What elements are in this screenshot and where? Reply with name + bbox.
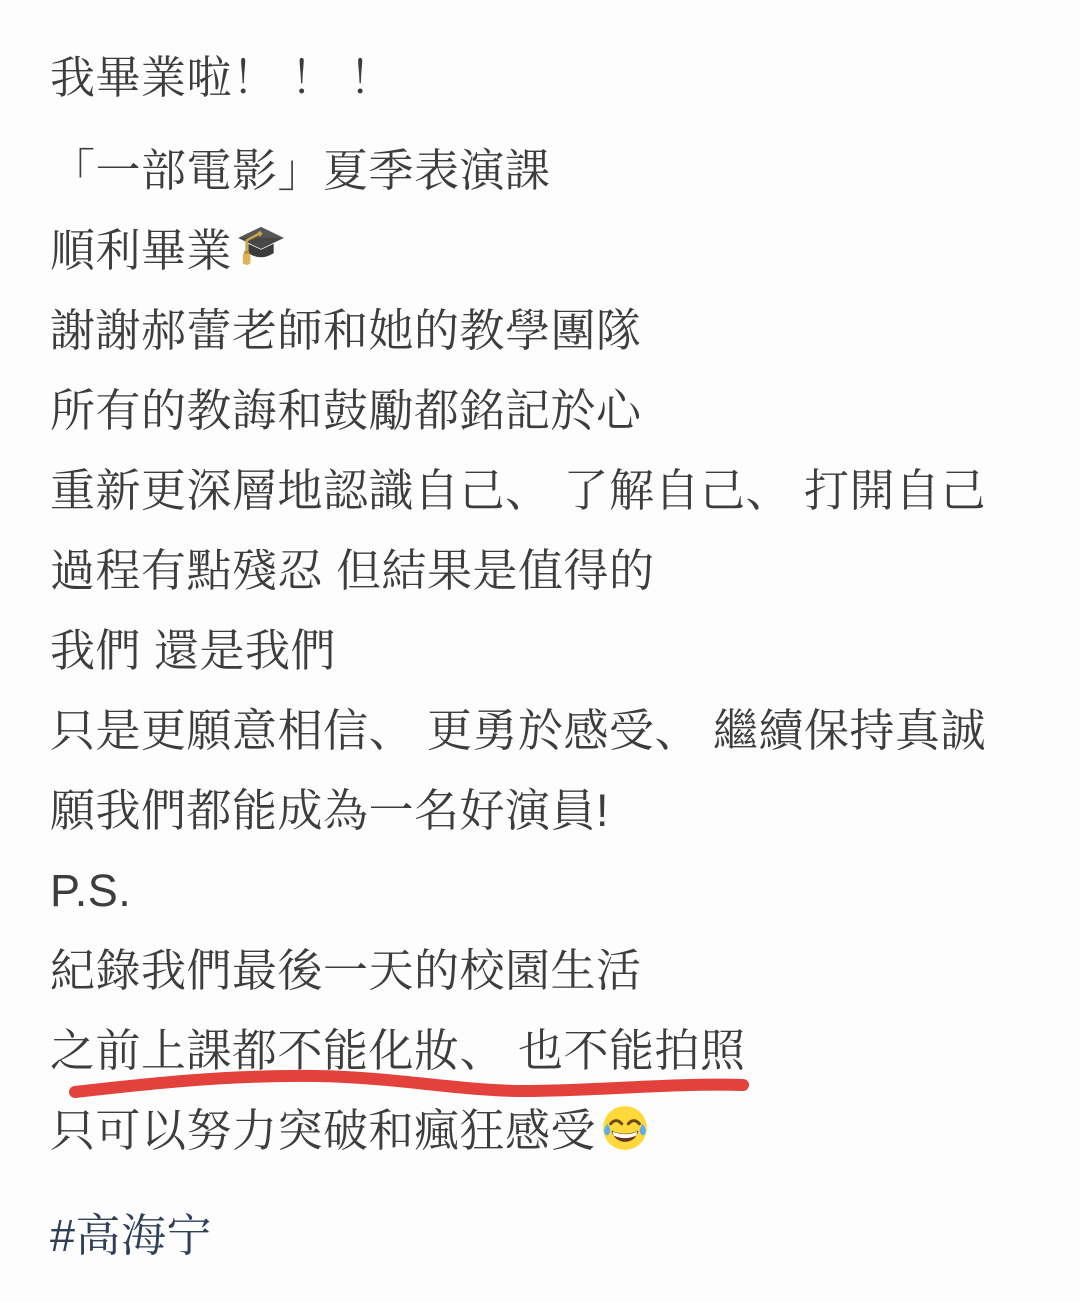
- post-line-text: 重新更深層地認識自己、 了解自己、 打開自己: [50, 465, 986, 516]
- post-line-underlined: 之前上課都不能化妝、 也不能拍照: [50, 1011, 1050, 1091]
- post-line-text: 只可以努力突破和瘋狂感受: [50, 1105, 596, 1156]
- post-line-text: 我畢業啦！ ！ ！: [50, 52, 395, 103]
- post-line-text: 所有的教誨和鼓勵都銘記於心: [50, 385, 642, 436]
- post-line-text: 之前上課都不能化妝、 也不能拍照: [50, 1025, 746, 1076]
- post-line-text: 願我們都能成為一名好演員!: [50, 785, 609, 836]
- post-line-text: 紀錄我們最後一天的校園生活: [50, 945, 642, 996]
- post-line-text: 順利畢業: [50, 225, 232, 276]
- post-line: 願我們都能成為一名好演員!: [50, 771, 1050, 851]
- post-line: 紀錄我們最後一天的校園生活: [50, 931, 1050, 1011]
- graduation-cap-emoji: [234, 220, 288, 274]
- post-line: 謝謝郝蕾老師和她的教學團隊: [50, 291, 1050, 371]
- post-line-text: 只是更願意相信、 更勇於感受、 繼續保持真誠: [50, 705, 986, 756]
- post-line: 過程有點殘忍 但結果是值得的: [50, 531, 1050, 611]
- post-line-text: 過程有點殘忍 但結果是值得的: [50, 545, 655, 596]
- post-line-text: 我們 還是我們: [50, 625, 336, 676]
- post-line: 只可以努力突破和瘋狂感受: [50, 1091, 1050, 1171]
- post-line: 我畢業啦！ ！ ！: [50, 38, 1050, 118]
- post-line: 只是更願意相信、 更勇於感受、 繼續保持真誠: [50, 691, 1050, 771]
- post-line: 所有的教誨和鼓勵都銘記於心: [50, 371, 1050, 451]
- post-line: P.S.: [50, 851, 1050, 931]
- post-line: 我們 還是我們: [50, 611, 1050, 691]
- hashtag-text: #高海宁: [50, 1210, 212, 1261]
- hashtag-link[interactable]: #高海宁: [50, 1196, 1050, 1276]
- post-line-text: 「一部電影」夏季表演課: [50, 145, 551, 196]
- post-line-text: P.S.: [50, 865, 131, 916]
- post-line-text: 謝謝郝蕾老師和她的教學團隊: [50, 305, 642, 356]
- tears-of-joy-emoji: [598, 1100, 652, 1154]
- post-line: 重新更深層地認識自己、 了解自己、 打開自己: [50, 451, 1050, 531]
- post-line: 順利畢業: [50, 211, 1050, 291]
- post-body: 我畢業啦！ ！ ！ 「一部電影」夏季表演課 順利畢業 謝謝郝蕾老師和她的教學團隊…: [50, 38, 1050, 1276]
- post-line: 「一部電影」夏季表演課: [50, 131, 1050, 211]
